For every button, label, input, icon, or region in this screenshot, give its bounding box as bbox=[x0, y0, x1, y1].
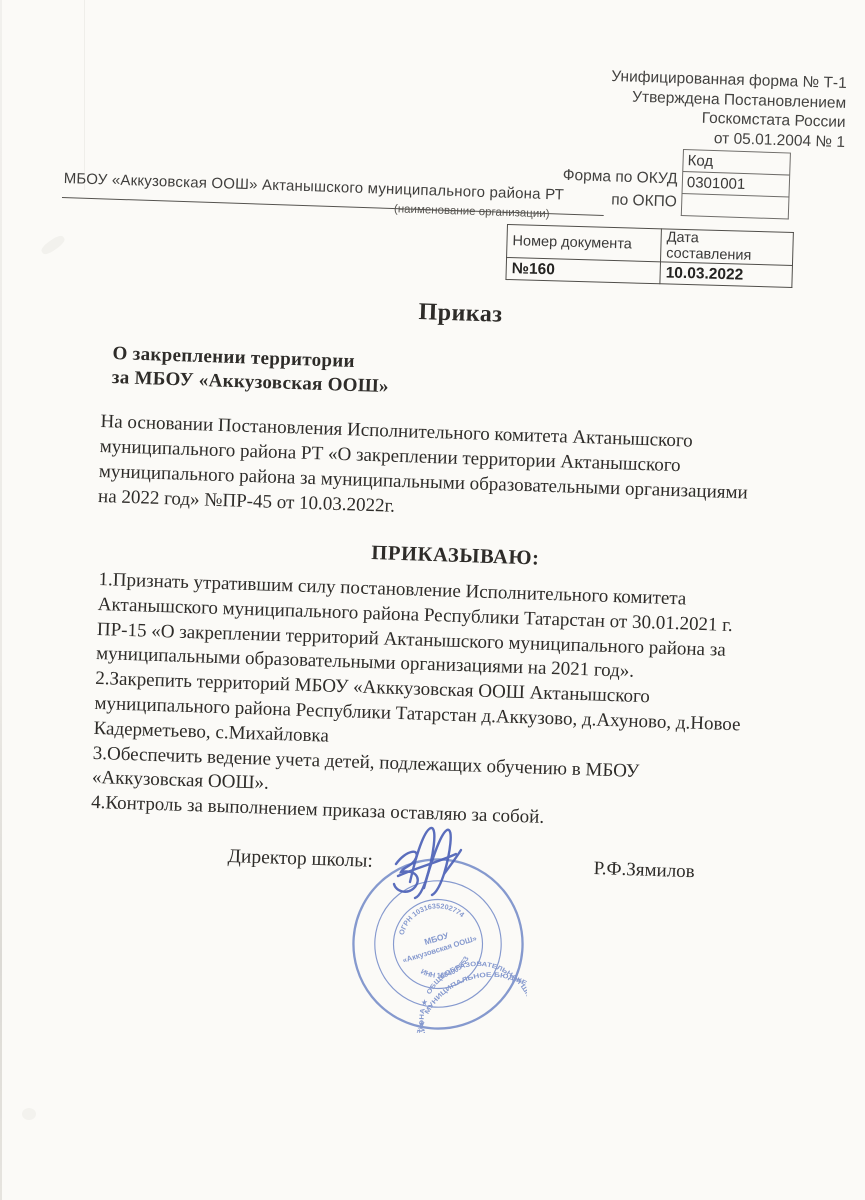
scan-edge-artifact bbox=[0, 0, 2, 1200]
order-preamble: На основании Постановления Исполнительно… bbox=[98, 409, 821, 533]
document-number-table: Номер документа Дата составления №160 10… bbox=[505, 224, 793, 288]
scan-smudge bbox=[22, 1108, 36, 1120]
date-value-cell: 10.03.2022 bbox=[660, 262, 793, 288]
date-header-cell: Дата составления bbox=[661, 229, 794, 266]
order-subject: О закреплении территории за МБОУ «Аккузо… bbox=[111, 342, 389, 398]
scanned-order-document: Унифицированная форма № Т-1 Утверждена П… bbox=[0, 0, 865, 1200]
handwritten-signature bbox=[298, 818, 468, 908]
signature-name: Р.Ф.Зямилов bbox=[593, 858, 695, 883]
scan-line-artifact bbox=[84, 0, 85, 190]
okpo-value-cell bbox=[681, 194, 790, 220]
code-box-column: Код 0301001 bbox=[681, 149, 791, 220]
number-header-cell: Номер документа bbox=[507, 225, 662, 262]
order-items: 1.Признать утратившим силу постановление… bbox=[91, 568, 823, 840]
organization-caption: (наименование организации) bbox=[387, 203, 557, 221]
scan-smudge bbox=[39, 233, 66, 256]
order-title: Приказ bbox=[418, 299, 503, 329]
number-value-cell: №160 bbox=[506, 258, 661, 284]
form-header-block: Унифицированная форма № Т-1 Утверждена П… bbox=[505, 64, 847, 152]
